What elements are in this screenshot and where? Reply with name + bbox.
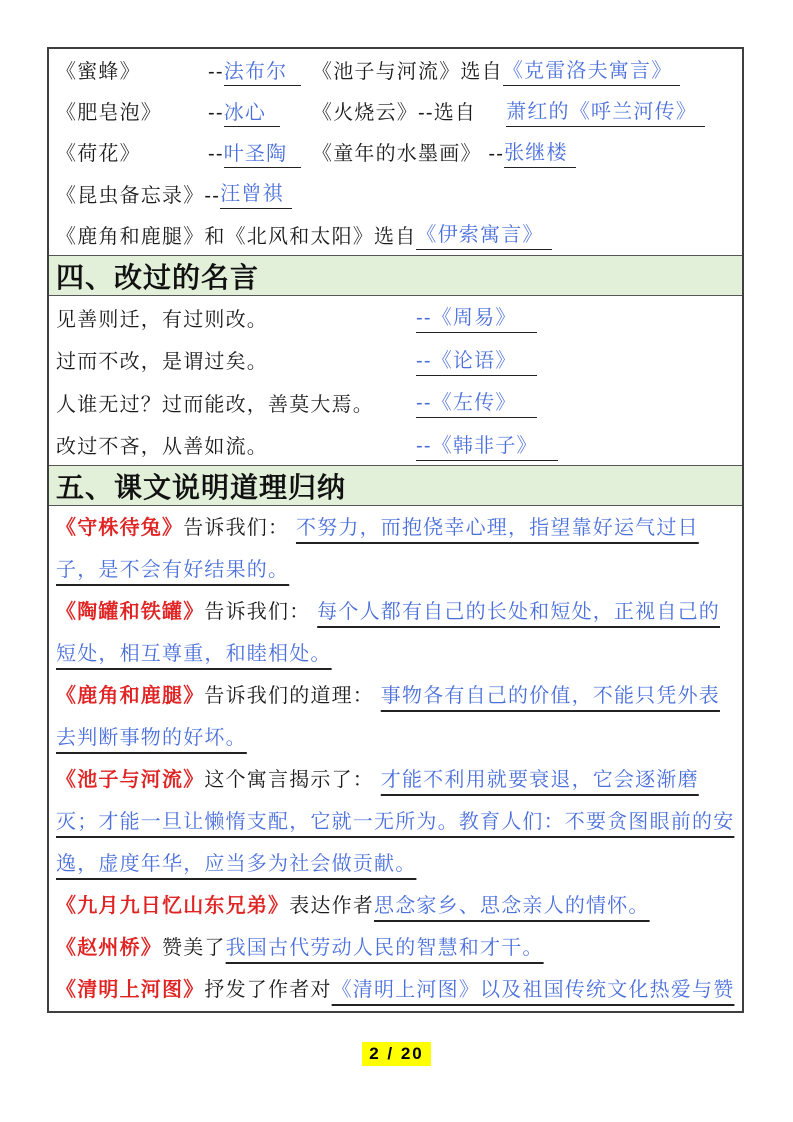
quote-line: 见善则迁，有过则改。 --《周易》 xyxy=(56,296,735,339)
lesson-paragraph: 《陶罐和铁罐》告诉我们： 每个人都有自己的长处和短处，正视自己的短处，相互尊重，… xyxy=(56,591,735,675)
work-line: 《鹿角和鹿腿》和《北风和太阳》选自 《伊索寓言》 xyxy=(56,214,735,255)
author-link: 张继楼 xyxy=(504,136,576,168)
dash-text: -- xyxy=(208,102,224,124)
source-link: 《克雷洛夫寓言》 xyxy=(503,54,681,86)
source-link: 《伊索寓言》 xyxy=(416,218,551,250)
author-link: 冰心 xyxy=(224,102,280,127)
author-link: 汪曾祺 xyxy=(220,177,292,209)
work-author-group: --法布尔 xyxy=(208,55,312,84)
quote-source-link: --《周易》 xyxy=(416,301,537,333)
document-page: 《蜜蜂》 --法布尔 《池子与河流》选自 《克雷洛夫寓言》 《肥皂泡》 --冰心… xyxy=(0,0,793,1122)
dash-text: -- xyxy=(208,61,224,83)
lesson-connector: 告诉我们： xyxy=(183,517,296,539)
section-title: 五、课文说明道理归纳 xyxy=(56,466,346,506)
work-line: 《肥皂泡》 --冰心 《火烧云》--选自 萧红的《呼兰河传》 xyxy=(56,90,735,131)
lesson-answer: 思念家乡、思念亲人的情怀。 xyxy=(374,895,650,917)
quote-source-link: --《左传》 xyxy=(416,386,537,418)
lesson-answer: 我国古代劳动人民的智慧和才干。 xyxy=(226,937,544,959)
lesson-connector: 赞美了 xyxy=(162,937,226,959)
quote-text: 改过不吝，从善如流。 xyxy=(56,430,416,459)
work-author-group: --叶圣陶 xyxy=(208,137,312,166)
work-line: 《蜜蜂》 --法布尔 《池子与河流》选自 《克雷洛夫寓言》 xyxy=(56,49,735,90)
work-right-title: 《童年的水墨画》 -- xyxy=(312,137,504,166)
lesson-title: 《九月九日忆山东兄弟》 xyxy=(56,895,289,917)
quote-text: 见善则迁，有过则改。 xyxy=(56,303,416,332)
lessons-section: 《守株待兔》告诉我们： 不努力，而抱侥幸心理，指望靠好运气过日子，是不会有好结果… xyxy=(49,505,742,1011)
lesson-connector: 这个寓言揭示了： xyxy=(204,769,380,791)
lesson-title: 《陶罐和铁罐》 xyxy=(56,601,204,623)
quote-text: 人谁无过？过而能改，善莫大焉。 xyxy=(56,388,416,417)
work-right-title: 《池子与河流》选自 xyxy=(312,55,503,84)
lesson-title: 《鹿角和鹿腿》 xyxy=(56,685,204,707)
section-header-4: 四、改过的名言 xyxy=(49,255,742,295)
work-title: 《肥皂泡》 xyxy=(56,96,208,125)
page-footer: 2 / 20 xyxy=(0,1042,793,1066)
work-line: 《昆虫备忘录》-- 汪曾祺 xyxy=(56,173,735,214)
lesson-paragraph: 《守株待兔》告诉我们： 不努力，而抱侥幸心理，指望靠好运气过日子，是不会有好结果… xyxy=(56,507,735,591)
author-link: 法布尔 xyxy=(224,61,302,86)
author-link: 叶圣陶 xyxy=(224,143,302,168)
quote-source-link: --《韩非子》 xyxy=(416,429,558,461)
content-table: 《蜜蜂》 --法布尔 《池子与河流》选自 《克雷洛夫寓言》 《肥皂泡》 --冰心… xyxy=(47,47,744,1013)
lesson-title: 《赵州桥》 xyxy=(56,937,162,959)
lesson-title: 《清明上河图》 xyxy=(56,979,204,1001)
page-number-badge: 2 / 20 xyxy=(362,1042,431,1066)
section-header-5: 五、课文说明道理归纳 xyxy=(49,465,742,505)
work-title: 《昆虫备忘录》-- xyxy=(56,179,220,208)
work-right-title: 《火烧云》--选自 xyxy=(312,96,476,125)
quotes-section: 见善则迁，有过则改。 --《周易》 过而不改，是谓过矣。 --《论语》 人谁无过… xyxy=(49,295,742,465)
lesson-paragraph: 《九月九日忆山东兄弟》表达作者思念家乡、思念亲人的情怀。 xyxy=(56,885,735,927)
work-title: 《荷花》 xyxy=(56,137,208,166)
works-section: 《蜜蜂》 --法布尔 《池子与河流》选自 《克雷洛夫寓言》 《肥皂泡》 --冰心… xyxy=(49,49,742,255)
work-title: 《蜜蜂》 xyxy=(56,55,208,84)
lesson-title: 《池子与河流》 xyxy=(56,769,204,791)
lesson-paragraph: 《赵州桥》赞美了我国古代劳动人民的智慧和才干。 xyxy=(56,927,735,969)
lesson-connector: 告诉我们的道理： xyxy=(204,685,380,707)
section-title: 四、改过的名言 xyxy=(56,256,259,296)
lesson-title: 《守株待兔》 xyxy=(56,517,183,539)
lesson-connector: 告诉我们： xyxy=(204,601,317,623)
lesson-connector: 表达作者 xyxy=(289,895,374,917)
lesson-paragraph: 《清明上河图》抒发了作者对《清明上河图》以及祖国传统文化热爱与赞 xyxy=(56,969,735,1011)
lesson-paragraph: 《鹿角和鹿腿》告诉我们的道理： 事物各有自己的价值，不能只凭外表去判断事物的好坏… xyxy=(56,675,735,759)
quote-source-link: --《论语》 xyxy=(416,344,537,376)
source-link: 萧红的《呼兰河传》 xyxy=(506,95,705,127)
work-author-group: --冰心 xyxy=(208,96,312,125)
quote-line: 人谁无过？过而能改，善莫大焉。 --《左传》 xyxy=(56,381,735,424)
lesson-answer: 《清明上河图》以及祖国传统文化热爱与赞 xyxy=(332,979,735,1001)
work-title: 《鹿角和鹿腿》和《北风和太阳》选自 xyxy=(56,220,416,249)
work-line: 《荷花》 --叶圣陶 《童年的水墨画》 -- 张继楼 xyxy=(56,131,735,172)
quote-line: 改过不吝，从善如流。 --《韩非子》 xyxy=(56,424,735,467)
lesson-connector: 抒发了作者对 xyxy=(204,979,331,1001)
dash-text: -- xyxy=(208,143,224,165)
quote-line: 过而不改，是谓过矣。 --《论语》 xyxy=(56,339,735,382)
quote-text: 过而不改，是谓过矣。 xyxy=(56,345,416,374)
lesson-paragraph: 《池子与河流》这个寓言揭示了： 才能不利用就要衰退，它会逐渐磨灭；才能一旦让懒惰… xyxy=(56,759,735,885)
